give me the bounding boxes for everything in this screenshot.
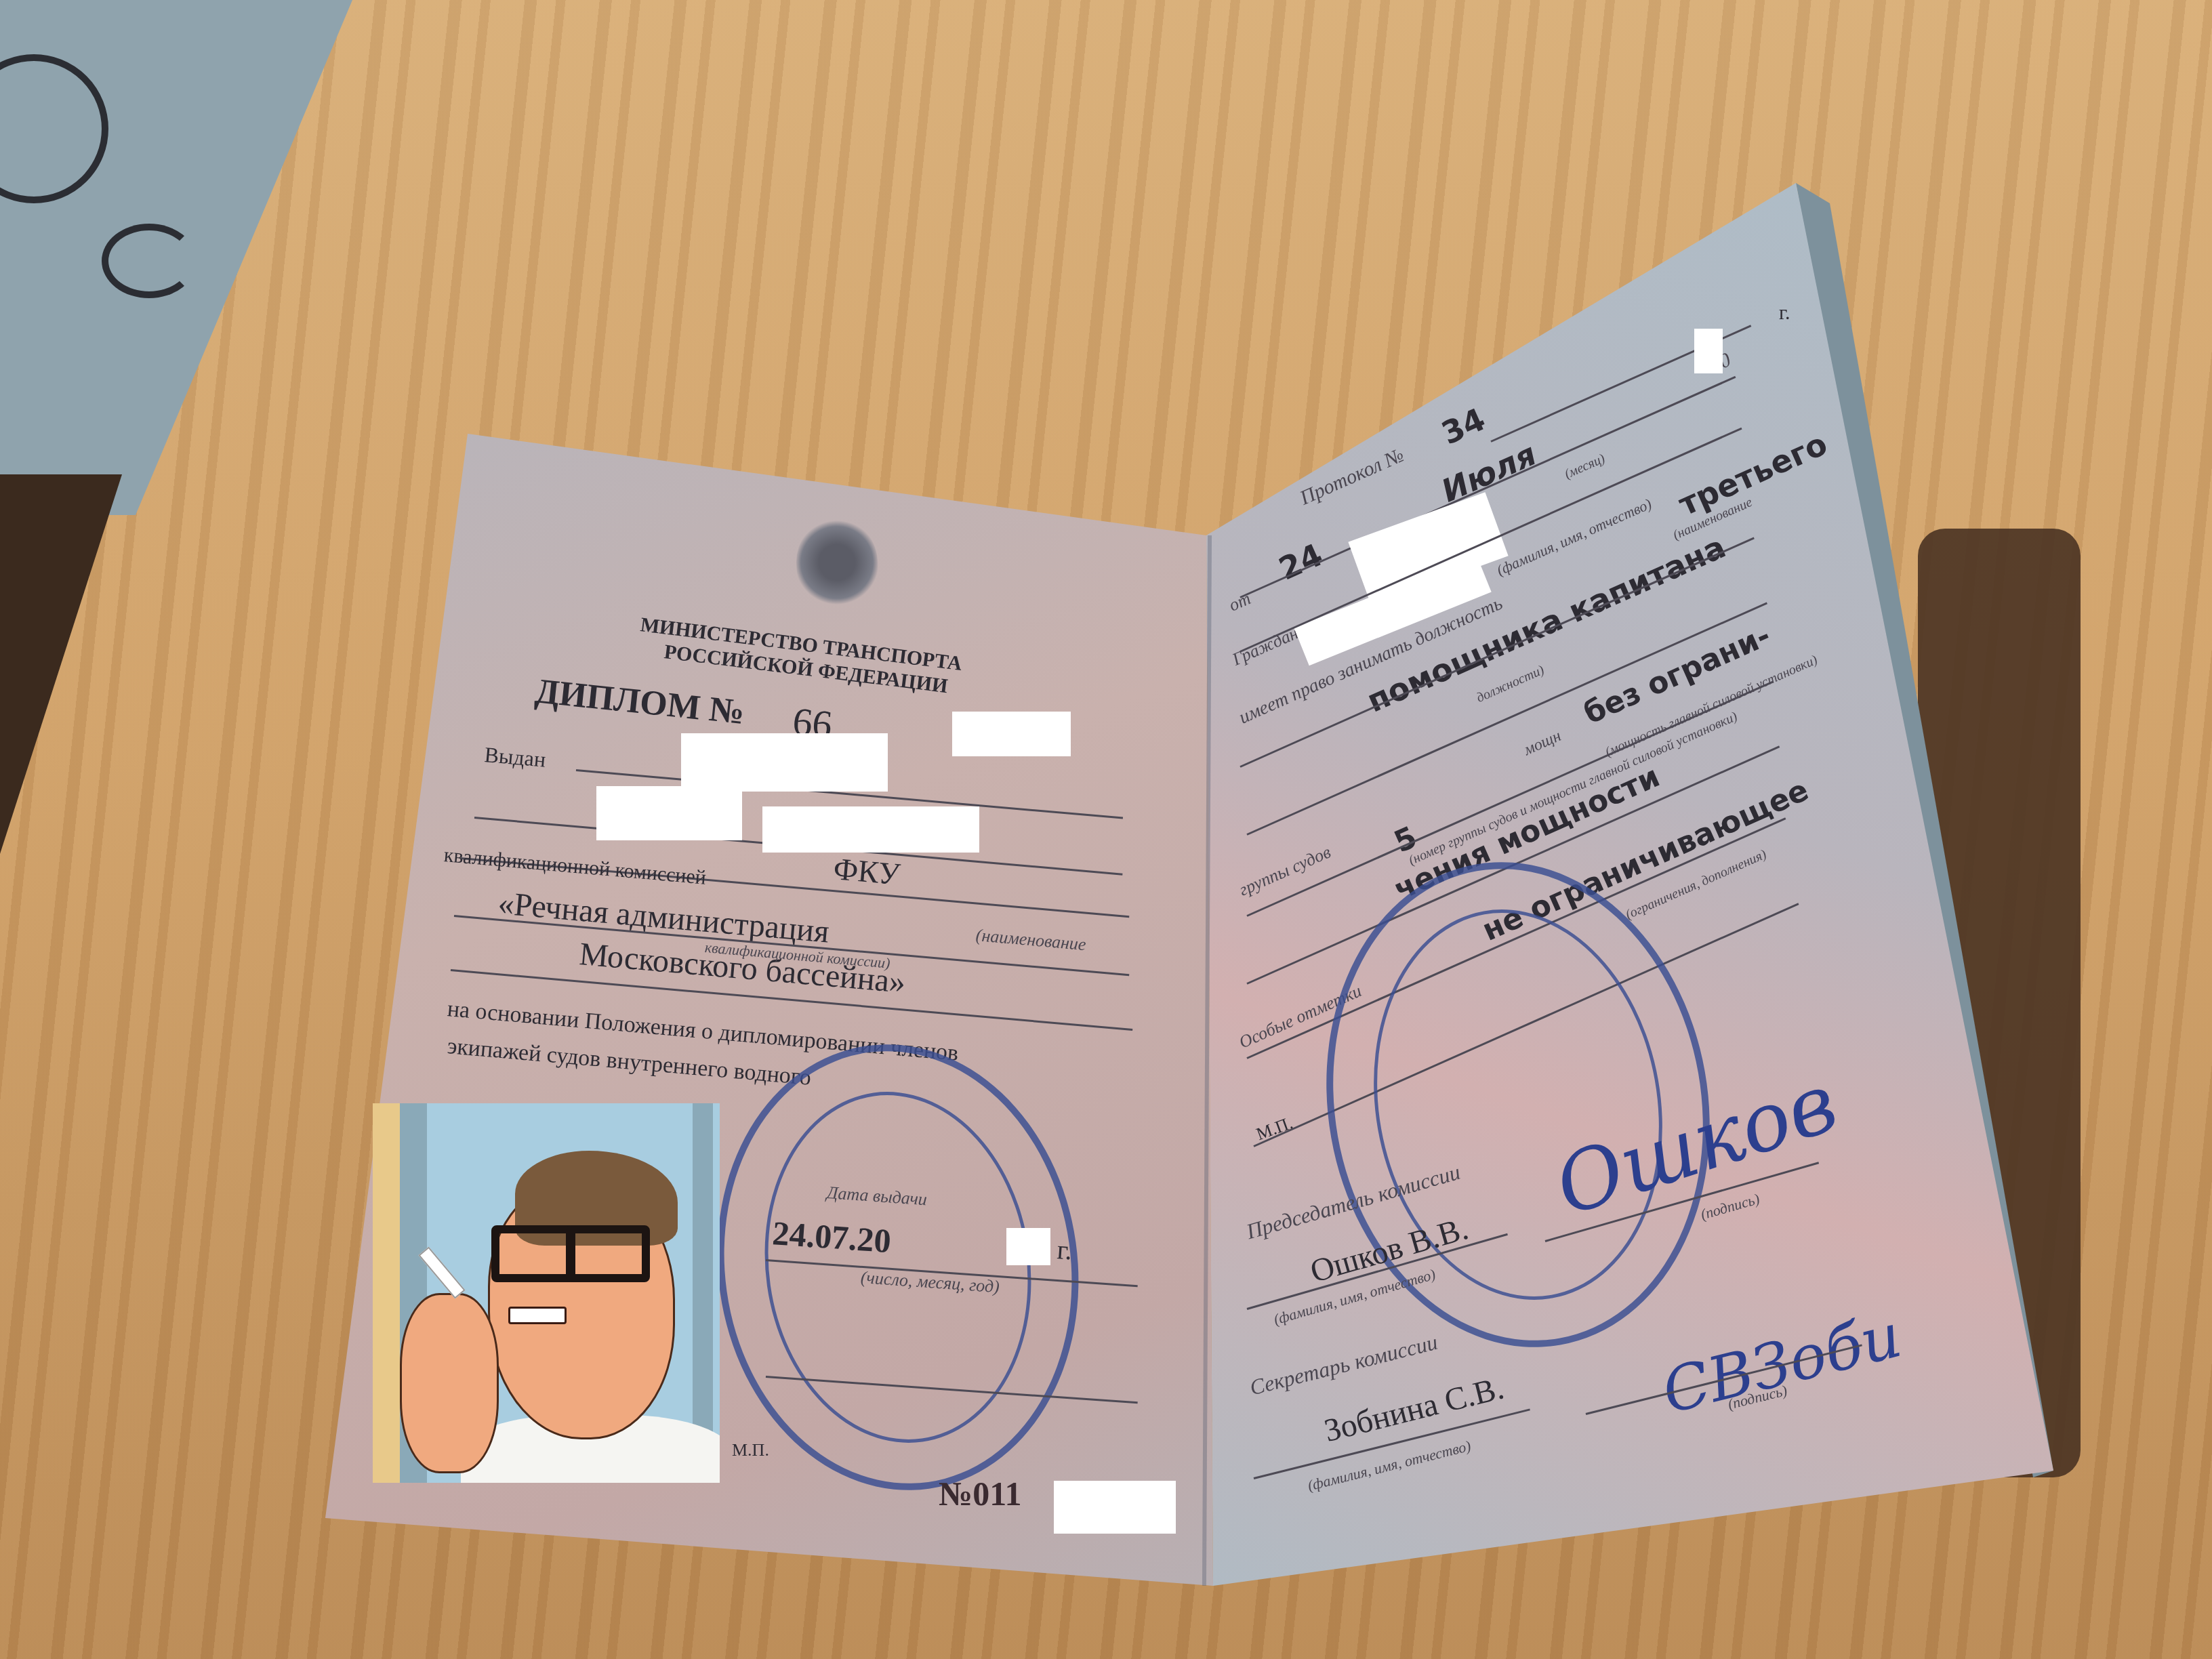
serial-number: №011 <box>939 1474 1022 1513</box>
redaction <box>762 806 979 853</box>
redaction <box>1006 1228 1050 1265</box>
org-prefix: ФКУ <box>832 851 902 892</box>
glasses-icon <box>566 1225 650 1282</box>
issue-date: 24.07.20 <box>771 1213 893 1261</box>
mp-left: М.П. <box>732 1440 769 1460</box>
year-suffix: г. <box>1779 302 1790 325</box>
diploma-booklet: МИНИСТЕРСТВО ТРАНСПОРТА РОССИЙСКОЙ ФЕДЕР… <box>0 0 2212 1659</box>
redaction <box>681 733 888 792</box>
issue-date-suffix: г. <box>1056 1233 1073 1266</box>
redaction <box>1694 329 1723 373</box>
redaction <box>596 786 742 840</box>
holder-photo <box>373 1103 720 1483</box>
glasses-icon <box>491 1225 575 1282</box>
issued-label: Выдан <box>483 742 546 773</box>
redaction <box>952 712 1071 756</box>
redaction <box>1054 1481 1176 1534</box>
